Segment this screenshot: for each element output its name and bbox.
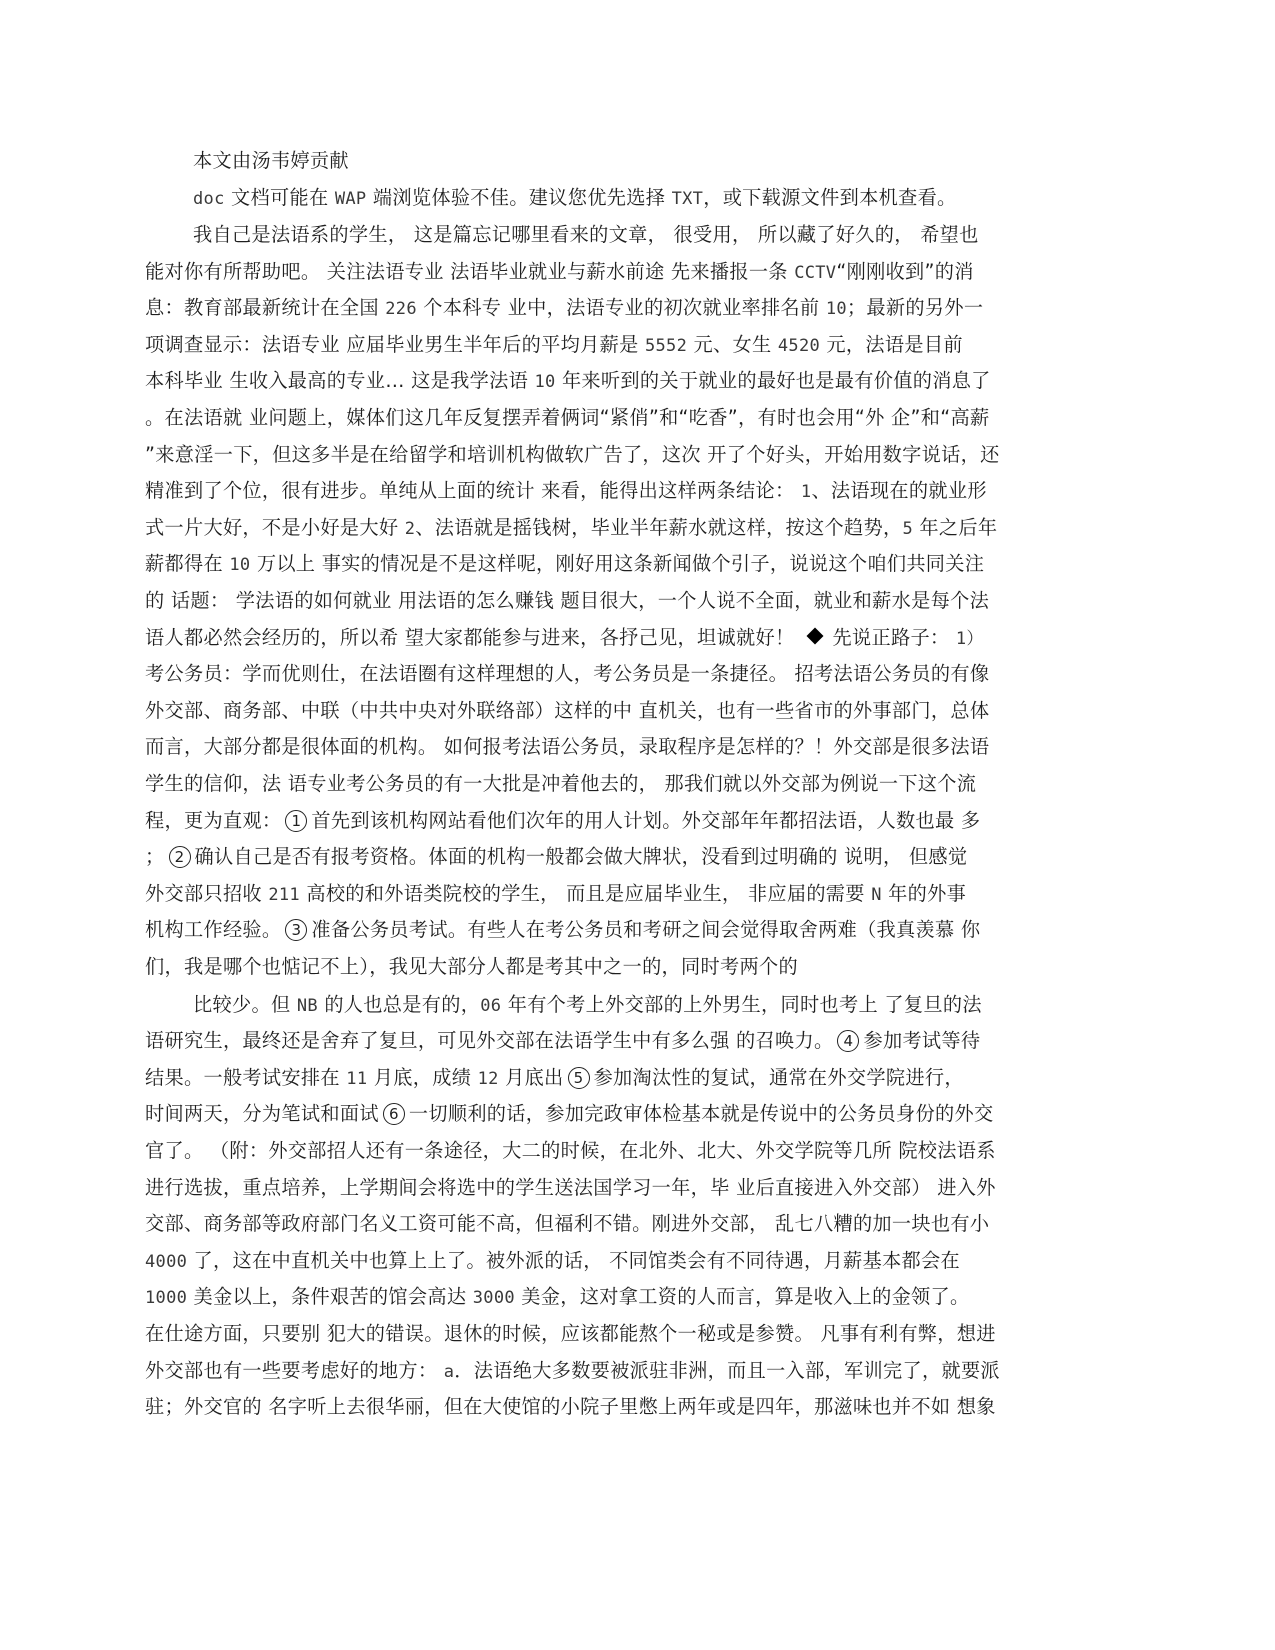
text-run: 参加淘汰性的复试，通常在外交学院进行， bbox=[594, 1066, 964, 1089]
diamond-bullet-icon bbox=[806, 628, 823, 645]
text-run: “刚刚收到”的消 bbox=[836, 260, 973, 283]
inline-number: 12 bbox=[478, 1069, 499, 1089]
text-run: 程，更为直观： bbox=[145, 809, 281, 832]
inline-number: 3000 bbox=[473, 1288, 515, 1308]
text-line: 考公务员：学而优则仕，在法语圈有这样理想的人，考公务员是一条捷径。 招考法语公务… bbox=[145, 659, 1075, 689]
inline-number: 5552 bbox=[645, 336, 687, 356]
text-line: 能对你有所帮助吧。 关注法语专业 法语毕业就业与薪水前途 先来播报一条 CCTV… bbox=[145, 257, 1075, 287]
text-run: 年来听到的关于就业的最好也是最有价值的消息了 bbox=[556, 369, 991, 392]
text-run: 准备公务员考试。有些人在考公务员和考研之间会觉得取舍两难（我真羡慕 你 bbox=[311, 918, 980, 941]
text-run: 元，法语是目前 bbox=[820, 333, 963, 356]
text-run: 万以上 事实的情况是不是这样呢，刚好用这条新闻做个引子，说说这个咱们共同关注 bbox=[250, 552, 984, 575]
text-run: 美金，这对拿工资的人而言，算是收入上的金领了。 bbox=[515, 1285, 970, 1308]
text-run: 官了。 （附：外交部招人还有一条途径，大二的时候，在北外、北大、外交学院等几所 … bbox=[145, 1139, 996, 1162]
text-run: 语研究生，最终还是舍弃了复旦，可见外交部在法语学生中有多么强 的召唤力。 bbox=[145, 1029, 833, 1052]
text-run: 高校的和外语类院校的学生， 而且是应届毕业生， 非应届的需要 bbox=[300, 882, 871, 905]
notice-text: ，或下载源文件到本机查看。 bbox=[703, 186, 956, 209]
notice-text: 端浏览体验不佳。建议您优先选择 bbox=[366, 186, 671, 209]
text-run: 了，这在中直机关中也算上上了。被外派的话， 不同馆类会有不同待遇，月薪基本都会在 bbox=[187, 1249, 960, 1272]
text-run: 比较少。但 bbox=[193, 993, 297, 1016]
text-line: 。在法语就 业问题上，媒体们这几年反复摆弄着俩词“紧俏”和“吃香”，有时也会用“… bbox=[145, 403, 1075, 433]
text-run: 的人也总是有的， bbox=[318, 993, 480, 1016]
inline-number: a bbox=[444, 1362, 455, 1382]
inline-number: 06 bbox=[480, 996, 501, 1016]
text-run: 而言，大部分都是很体面的机构。 如何报考法语公务员，录取程序是怎样的？！外交部是… bbox=[145, 735, 989, 758]
text-run: 薪都得在 bbox=[145, 552, 229, 575]
inline-number: 10 bbox=[229, 555, 250, 575]
text-run: 项调查显示：法语专业 应届毕业男生半年后的平均月薪是 bbox=[145, 333, 645, 356]
text-run: 。在法语就 业问题上，媒体们这几年反复摆弄着俩词“紧俏”和“吃香”，有时也会用“… bbox=[145, 406, 990, 429]
inline-number: 1 bbox=[801, 482, 812, 502]
inline-number: 1） bbox=[956, 629, 984, 649]
text-run: 学生的信仰，法 语专业考公务员的有一大批是冲着他去的， 那我们就以外交部为例说一… bbox=[145, 772, 976, 795]
text-run: 在仕途方面，只要别 犯大的错误。退休的时候，应该都能熬个一秘或是参赞。 凡事有利… bbox=[145, 1322, 996, 1345]
text-run: 外交部也有一些要考虑好的地方： bbox=[145, 1359, 444, 1382]
inline-number: CCTV bbox=[794, 263, 836, 283]
text-run: 机构工作经验。 bbox=[145, 918, 281, 941]
inline-number: 10 bbox=[826, 299, 847, 319]
text-line: 项调查显示：法语专业 应届毕业男生半年后的平均月薪是 5552 元、女生 452… bbox=[145, 330, 1075, 360]
text-line: 语研究生，最终还是舍弃了复旦，可见外交部在法语学生中有多么强 的召唤力。4参加考… bbox=[145, 1026, 1075, 1056]
text-run: 息：教育部最新统计在全国 bbox=[145, 296, 385, 319]
text-run: 外交部只招收 bbox=[145, 882, 268, 905]
text-run: 元、女生 bbox=[687, 333, 778, 356]
text-run: 进行选拔，重点培养，上学期间会将选中的学生送法国学习一年，毕 业后直接进入外交部… bbox=[145, 1176, 996, 1199]
inline-number: 10 bbox=[534, 372, 555, 392]
text-line: 在仕途方面，只要别 犯大的错误。退休的时候，应该都能熬个一秘或是参赞。 凡事有利… bbox=[145, 1319, 1075, 1349]
inline-number: 226 bbox=[385, 299, 417, 319]
inline-number: 11 bbox=[346, 1069, 367, 1089]
text-line: 外交部只招收 211 高校的和外语类院校的学生， 而且是应届毕业生， 非应届的需… bbox=[145, 879, 1075, 909]
text-line: 官了。 （附：外交部招人还有一条途径，大二的时候，在北外、北大、外交学院等几所 … bbox=[145, 1136, 1075, 1166]
text-run: 交部、商务部等政府部门名义工资可能不高，但福利不错。刚进外交部， 乱七八糟的加一… bbox=[145, 1212, 989, 1235]
text-run: 确认自己是否有报考资格。体面的机构一般都会做大牌状，没看到过明确的 说明， 但感… bbox=[195, 845, 968, 868]
text-line: 本科毕业 生收入最高的专业… 这是我学法语 10 年来听到的关于就业的最好也是最… bbox=[145, 366, 1075, 396]
inline-number: 5 bbox=[902, 519, 913, 539]
text-run: 语人都必然会经历的，所以希 望大家都能参与进来，各抒己见，坦诚就好！ bbox=[145, 626, 795, 649]
text-run: 年的外事 bbox=[882, 882, 966, 905]
circled-number: 4 bbox=[837, 1030, 859, 1052]
text-line: 而言，大部分都是很体面的机构。 如何报考法语公务员，录取程序是怎样的？！外交部是… bbox=[145, 732, 1075, 762]
text-run: 式一片大好，不是小好是大好 bbox=[145, 516, 405, 539]
text-run: 年之后年 bbox=[913, 516, 997, 539]
text-run: 一切顺利的话，参加完政审体检基本就是传说中的公务员身份的外交 bbox=[409, 1102, 994, 1125]
text-run: 时间两天，分为笔试和面试 bbox=[145, 1102, 379, 1125]
text-line: ”来意淫一下，但这多半是在给留学和培训机构做软广告了，这次 开了个好头，开始用数… bbox=[145, 440, 1075, 470]
text-run: 美金以上，条件艰苦的馆会高达 bbox=[187, 1285, 473, 1308]
text-run: ；最新的另外一 bbox=[847, 296, 983, 319]
text-line: 语人都必然会经历的，所以希 望大家都能参与进来，各抒己见，坦诚就好！先说正路子：… bbox=[145, 623, 1075, 653]
text-run: 、法语就是摇钱树，毕业半年薪水就这样，按这个趋势， bbox=[415, 516, 902, 539]
notice-text: 文档可能在 bbox=[225, 186, 335, 209]
text-run: 们，我是哪个也惦记不上），我见大部分人都是考其中之一的，同时考两个的 bbox=[145, 955, 798, 978]
text-run: 月底出 bbox=[499, 1066, 564, 1089]
inline-number: 2 bbox=[405, 519, 416, 539]
notice-wap: WAP bbox=[335, 189, 367, 209]
text-line: 的 话题： 学法语的如何就业 用法语的怎么赚钱 题目很大，一个人说不全面，就业和… bbox=[145, 586, 1075, 616]
inline-number: NB bbox=[297, 996, 318, 1016]
text-run: ”来意淫一下，但这多半是在给留学和培训机构做软广告了，这次 开了个好头，开始用数… bbox=[145, 443, 1000, 466]
text-run: 先说正路子： bbox=[833, 626, 956, 649]
text-run: 外交部、商务部、中联（中共中央对外联络部）这样的中 直机关，也有一些省市的外事部… bbox=[145, 699, 989, 722]
text-line: 精准到了个位，很有进步。单纯从上面的统计 来看，能得出这样两条结论： 1、法语现… bbox=[145, 476, 1075, 506]
text-run: 我自己是法语系的学生， 这是篇忘记哪里看来的文章， 很受用， 所以藏了好久的， … bbox=[193, 223, 979, 246]
circled-number: 5 bbox=[568, 1067, 590, 1089]
text-line: 4000 了，这在中直机关中也算上上了。被外派的话， 不同馆类会有不同待遇，月薪… bbox=[145, 1246, 1075, 1276]
notice-txt: TXT bbox=[672, 189, 704, 209]
document-page: 本文由汤韦婷贡献 doc 文档可能在 WAP 端浏览体验不佳。建议您优先选择 T… bbox=[0, 0, 1275, 1650]
byline: 本文由汤韦婷贡献 bbox=[193, 146, 1123, 176]
format-notice: doc 文档可能在 WAP 端浏览体验不佳。建议您优先选择 TXT，或下载源文件… bbox=[193, 183, 1123, 213]
text-line: 息：教育部最新统计在全国 226 个本科专 业中，法语专业的初次就业率排名前 1… bbox=[145, 293, 1075, 323]
circled-number: 1 bbox=[285, 810, 307, 832]
notice-doc: doc bbox=[193, 189, 225, 209]
text-run: 年有个考上外交部的上外男生，同时也考上 了复旦的法 bbox=[501, 993, 982, 1016]
text-line: 比较少。但 NB 的人也总是有的，06 年有个考上外交部的上外男生，同时也考上 … bbox=[193, 990, 1123, 1020]
text-line: 时间两天，分为笔试和面试6一切顺利的话，参加完政审体检基本就是传说中的公务员身份… bbox=[145, 1099, 1075, 1129]
text-run: 考公务员：学而优则仕，在法语圈有这样理想的人，考公务员是一条捷径。 招考法语公务… bbox=[145, 662, 989, 685]
text-run: ； bbox=[145, 845, 165, 868]
inline-number: N bbox=[871, 885, 882, 905]
text-run: ．法语绝大多数要被派驻非洲，而且一入部，军训完了，就要派 bbox=[454, 1359, 1000, 1382]
text-line: 外交部也有一些要考虑好的地方： a．法语绝大多数要被派驻非洲，而且一入部，军训完… bbox=[145, 1356, 1075, 1386]
text-run: 月底，成绩 bbox=[367, 1066, 477, 1089]
text-line: 薪都得在 10 万以上 事实的情况是不是这样呢，刚好用这条新闻做个引子，说说这个… bbox=[145, 549, 1075, 579]
text-run: 本科毕业 生收入最高的专业… 这是我学法语 bbox=[145, 369, 534, 392]
text-line: 我自己是法语系的学生， 这是篇忘记哪里看来的文章， 很受用， 所以藏了好久的， … bbox=[193, 220, 1123, 250]
text-line: 式一片大好，不是小好是大好 2、法语就是摇钱树，毕业半年薪水就这样，按这个趋势，… bbox=[145, 513, 1075, 543]
text-line: ；2确认自己是否有报考资格。体面的机构一般都会做大牌状，没看到过明确的 说明， … bbox=[145, 842, 1075, 872]
circled-number: 6 bbox=[383, 1103, 405, 1125]
text-run: 的 话题： 学法语的如何就业 用法语的怎么赚钱 题目很大，一个人说不全面，就业和… bbox=[145, 589, 989, 612]
text-line: 结果。一般考试安排在 11 月底，成绩 12 月底出5参加淘汰性的复试，通常在外… bbox=[145, 1063, 1075, 1093]
inline-number: 4000 bbox=[145, 1252, 187, 1272]
text-line: 机构工作经验。3准备公务员考试。有些人在考公务员和考研之间会觉得取舍两难（我真羡… bbox=[145, 915, 1075, 945]
text-line: 1000 美金以上，条件艰苦的馆会高达 3000 美金，这对拿工资的人而言，算是… bbox=[145, 1282, 1075, 1312]
text-run: 参加考试等待 bbox=[863, 1029, 980, 1052]
text-line: 外交部、商务部、中联（中共中央对外联络部）这样的中 直机关，也有一些省市的外事部… bbox=[145, 696, 1075, 726]
text-line: 学生的信仰，法 语专业考公务员的有一大批是冲着他去的， 那我们就以外交部为例说一… bbox=[145, 769, 1075, 799]
byline-text: 本文由汤韦婷贡献 bbox=[193, 149, 349, 172]
inline-number: 1000 bbox=[145, 1288, 187, 1308]
text-run: 首先到该机构网站看他们次年的用人计划。外交部年年都招法语，人数也最 多 bbox=[311, 809, 980, 832]
text-run: 结果。一般考试安排在 bbox=[145, 1066, 346, 1089]
text-run: 精准到了个位，很有进步。单纯从上面的统计 来看，能得出这样两条结论： bbox=[145, 479, 801, 502]
text-line: 程，更为直观：1首先到该机构网站看他们次年的用人计划。外交部年年都招法语，人数也… bbox=[145, 806, 1075, 836]
inline-number: 211 bbox=[268, 885, 300, 905]
text-line: 交部、商务部等政府部门名义工资可能不高，但福利不错。刚进外交部， 乱七八糟的加一… bbox=[145, 1209, 1075, 1239]
text-run: 个本科专 业中，法语专业的初次就业率排名前 bbox=[417, 296, 826, 319]
text-run: 、法语现在的就业形 bbox=[811, 479, 986, 502]
text-line: 们，我是哪个也惦记不上），我见大部分人都是考其中之一的，同时考两个的 bbox=[145, 952, 1075, 982]
text-run: 驻；外交官的 名字听上去很华丽，但在大使馆的小院子里憋上两年或是四年，那滋味也并… bbox=[145, 1395, 996, 1418]
text-line: 驻；外交官的 名字听上去很华丽，但在大使馆的小院子里憋上两年或是四年，那滋味也并… bbox=[145, 1392, 1075, 1422]
inline-number: 4520 bbox=[778, 336, 820, 356]
text-line: 进行选拔，重点培养，上学期间会将选中的学生送法国学习一年，毕 业后直接进入外交部… bbox=[145, 1173, 1075, 1203]
circled-number: 3 bbox=[285, 919, 307, 941]
circled-number: 2 bbox=[169, 846, 191, 868]
text-run: 能对你有所帮助吧。 关注法语专业 法语毕业就业与薪水前途 先来播报一条 bbox=[145, 260, 794, 283]
